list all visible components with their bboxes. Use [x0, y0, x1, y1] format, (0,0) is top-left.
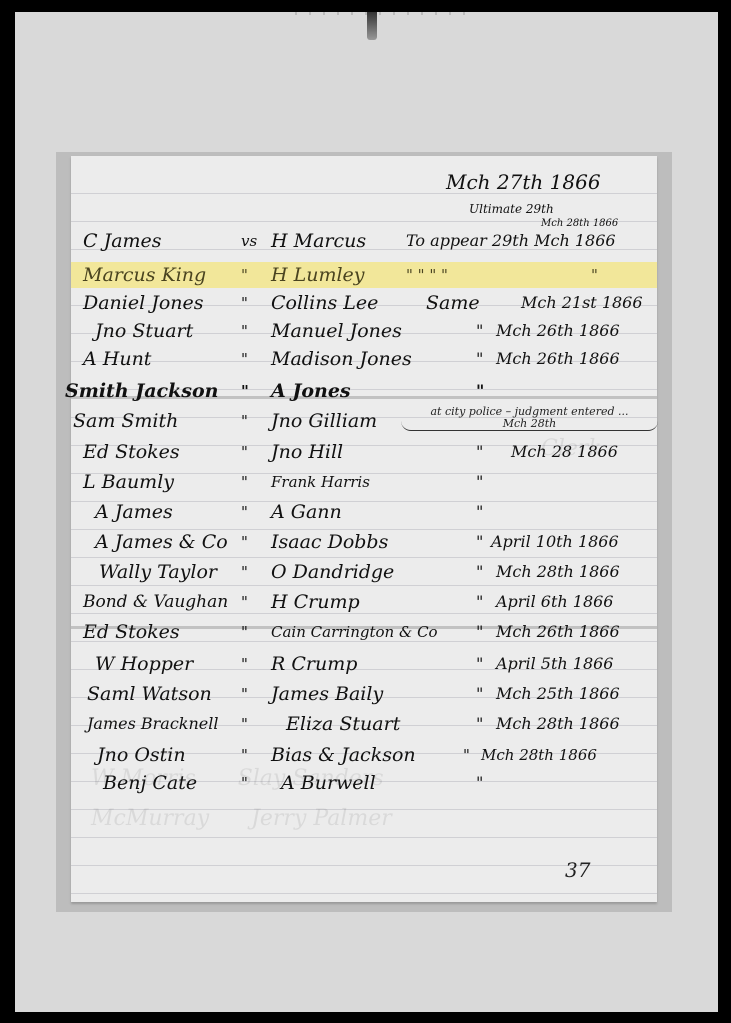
date: ": [591, 262, 598, 288]
ledger-row: A James " A Gann ": [71, 499, 657, 525]
status: " " " ": [406, 262, 448, 288]
ledger-row: A Hunt " Madison Jones " Mch 26th 1866: [71, 346, 657, 372]
ditto-mark: ": [241, 378, 249, 404]
plaintiff: Benj Cate: [103, 770, 197, 796]
ditto-mark: ": [241, 469, 248, 495]
plaintiff: W Hopper: [95, 651, 193, 677]
plaintiff: Sam Smith: [73, 408, 178, 434]
defendant: Jno Gilliam: [271, 408, 377, 434]
plaintiff: A Hunt: [83, 346, 151, 372]
date: April 10th 1866: [491, 529, 619, 555]
ledger-row: Bond & Vaughan " H Crump " April 6th 186…: [71, 589, 657, 615]
defendant: Manuel Jones: [271, 318, 402, 344]
defendant: A Gann: [271, 499, 342, 525]
ditto-mark: ": [241, 346, 248, 372]
ditto-mark: ": [463, 742, 470, 768]
status: Same: [426, 290, 480, 316]
ledger-row: C James vs H Marcus To appear 29th Mch 1…: [71, 228, 657, 254]
ditto-mark: ": [476, 589, 483, 615]
ledger-row-highlighted[interactable]: Marcus King " H Lumley " " " " ": [71, 262, 657, 288]
defendant: Cain Carrington & Co: [271, 619, 438, 645]
defendant: Collins Lee: [271, 290, 378, 316]
ledger-row: Benj Cate " A Burwell ": [71, 770, 657, 796]
ditto-mark: ": [241, 499, 248, 525]
ditto-mark: ": [476, 499, 483, 525]
ledger-row: W Hopper " R Crump " April 5th 1866: [71, 651, 657, 677]
date: Mch 26th 1866: [496, 346, 620, 372]
defendant: H Marcus: [271, 228, 366, 254]
ditto-mark: ": [476, 770, 483, 796]
defendant: Isaac Dobbs: [271, 529, 388, 555]
ditto-mark: ": [241, 559, 248, 585]
ledger-row: L Baumly " Frank Harris ": [71, 469, 657, 495]
scan-edge-marks: [295, 12, 465, 15]
page-number: 37: [565, 858, 590, 882]
ledger-row: Wally Taylor " O Dandridge " Mch 28th 18…: [71, 559, 657, 585]
plaintiff: Smith Jackson: [65, 378, 218, 404]
status: To appear 29th Mch 1866: [406, 228, 616, 254]
ditto-mark: ": [241, 589, 248, 615]
defendant: Jno Hill: [271, 439, 343, 465]
plaintiff: Bond & Vaughan: [83, 589, 228, 615]
defendant: Bias & Jackson: [271, 742, 416, 768]
plaintiff: C James: [83, 228, 162, 254]
ditto-mark: ": [241, 529, 248, 555]
plaintiff: Jno Ostin: [97, 742, 186, 768]
ditto-mark: ": [241, 262, 248, 288]
defendant: Eliza Stuart: [286, 711, 400, 737]
ditto-mark: ": [476, 469, 483, 495]
defendant: O Dandridge: [271, 559, 394, 585]
ditto-mark: ": [241, 681, 248, 707]
plaintiff: Wally Taylor: [99, 559, 217, 585]
date: Mch 28th 1866: [496, 711, 620, 737]
defendant: Frank Harris: [271, 469, 370, 495]
ditto-mark: ": [476, 318, 483, 344]
date: Mch 21st 1866: [521, 290, 643, 316]
date: April 6th 1866: [496, 589, 613, 615]
date: Mch 25th 1866: [496, 681, 620, 707]
ditto-mark: ": [241, 439, 248, 465]
ledger-row: Jno Stuart " Manuel Jones " Mch 26th 186…: [71, 318, 657, 344]
plaintiff: A James & Co: [95, 529, 228, 555]
ditto-mark: ": [476, 681, 483, 707]
plaintiff: Ed Stokes: [83, 619, 180, 645]
ledger-row: Smith Jackson " A Jones ": [71, 378, 657, 404]
plaintiff: Saml Watson: [87, 681, 212, 707]
plaintiff: Ed Stokes: [83, 439, 180, 465]
defendant: Madison Jones: [271, 346, 412, 372]
ledger-row: Saml Watson " James Baily " Mch 25th 186…: [71, 681, 657, 707]
ledger-row: Ed Stokes " Jno Hill " Mch 28 1866: [71, 439, 657, 465]
header-date: Mch 27th 1866: [446, 170, 601, 194]
ledger-row: James Bracknell " Eliza Stuart " Mch 28t…: [71, 711, 657, 737]
plaintiff: Marcus King: [83, 262, 206, 288]
ledger-row: Sam Smith " Jno Gilliam at city police –…: [71, 408, 657, 434]
defendant: R Crump: [271, 651, 357, 677]
ditto-mark: ": [241, 290, 248, 316]
ditto-mark: ": [241, 408, 248, 434]
plaintiff: Jno Stuart: [95, 318, 193, 344]
header-note-ultimate: Ultimate 29th: [469, 202, 554, 216]
defendant: A Jones: [271, 378, 351, 404]
ditto-mark: ": [476, 559, 483, 585]
date: Mch 28th 1866: [496, 559, 620, 585]
defendant: A Burwell: [281, 770, 376, 796]
plaintiff: A James: [95, 499, 173, 525]
date: Mch 28 1866: [511, 439, 618, 465]
versus: vs: [241, 228, 257, 254]
plaintiff: L Baumly: [83, 469, 174, 495]
date: Mch 28th 1866: [481, 742, 597, 768]
ditto-mark: ": [241, 742, 248, 768]
ditto-mark: ": [476, 439, 483, 465]
date: Mch 26th 1866: [496, 318, 620, 344]
ledger-row: Daniel Jones " Collins Lee Same Mch 21st…: [71, 290, 657, 316]
binder-clip: [367, 12, 377, 40]
ditto-mark: ": [476, 651, 483, 677]
ledger-row: Jno Ostin " Bias & Jackson " Mch 28th 18…: [71, 742, 657, 768]
plaintiff: James Bracknell: [87, 711, 219, 737]
ditto-mark: ": [476, 378, 484, 404]
ditto-mark: ": [241, 770, 248, 796]
ditto-mark: ": [241, 619, 248, 645]
ditto-mark: ": [476, 619, 483, 645]
bleed-through-text: McMurray Jerry Palmer: [91, 806, 392, 831]
plaintiff: Daniel Jones: [83, 290, 204, 316]
sam-smith-annotation: at city police – judgment entered ... Mc…: [401, 406, 658, 431]
ledger-page: Clerk W Morris Slay Sanders McMurray Jer…: [71, 156, 657, 902]
ledger-row: Ed Stokes " Cain Carrington & Co " Mch 2…: [71, 619, 657, 645]
ditto-mark: ": [241, 651, 248, 677]
date: April 5th 1866: [496, 651, 613, 677]
defendant: H Crump: [271, 589, 360, 615]
ledger-row: A James & Co " Isaac Dobbs " April 10th …: [71, 529, 657, 555]
annotation-line-2: Mch 28th: [407, 418, 652, 430]
defendant: H Lumley: [271, 262, 365, 288]
date: Mch 26th 1866: [496, 619, 620, 645]
defendant: James Baily: [271, 681, 383, 707]
ditto-mark: ": [476, 346, 483, 372]
ditto-mark: ": [476, 711, 483, 737]
ditto-mark: ": [241, 318, 248, 344]
ditto-mark: ": [241, 711, 248, 737]
ditto-mark: ": [476, 529, 483, 555]
